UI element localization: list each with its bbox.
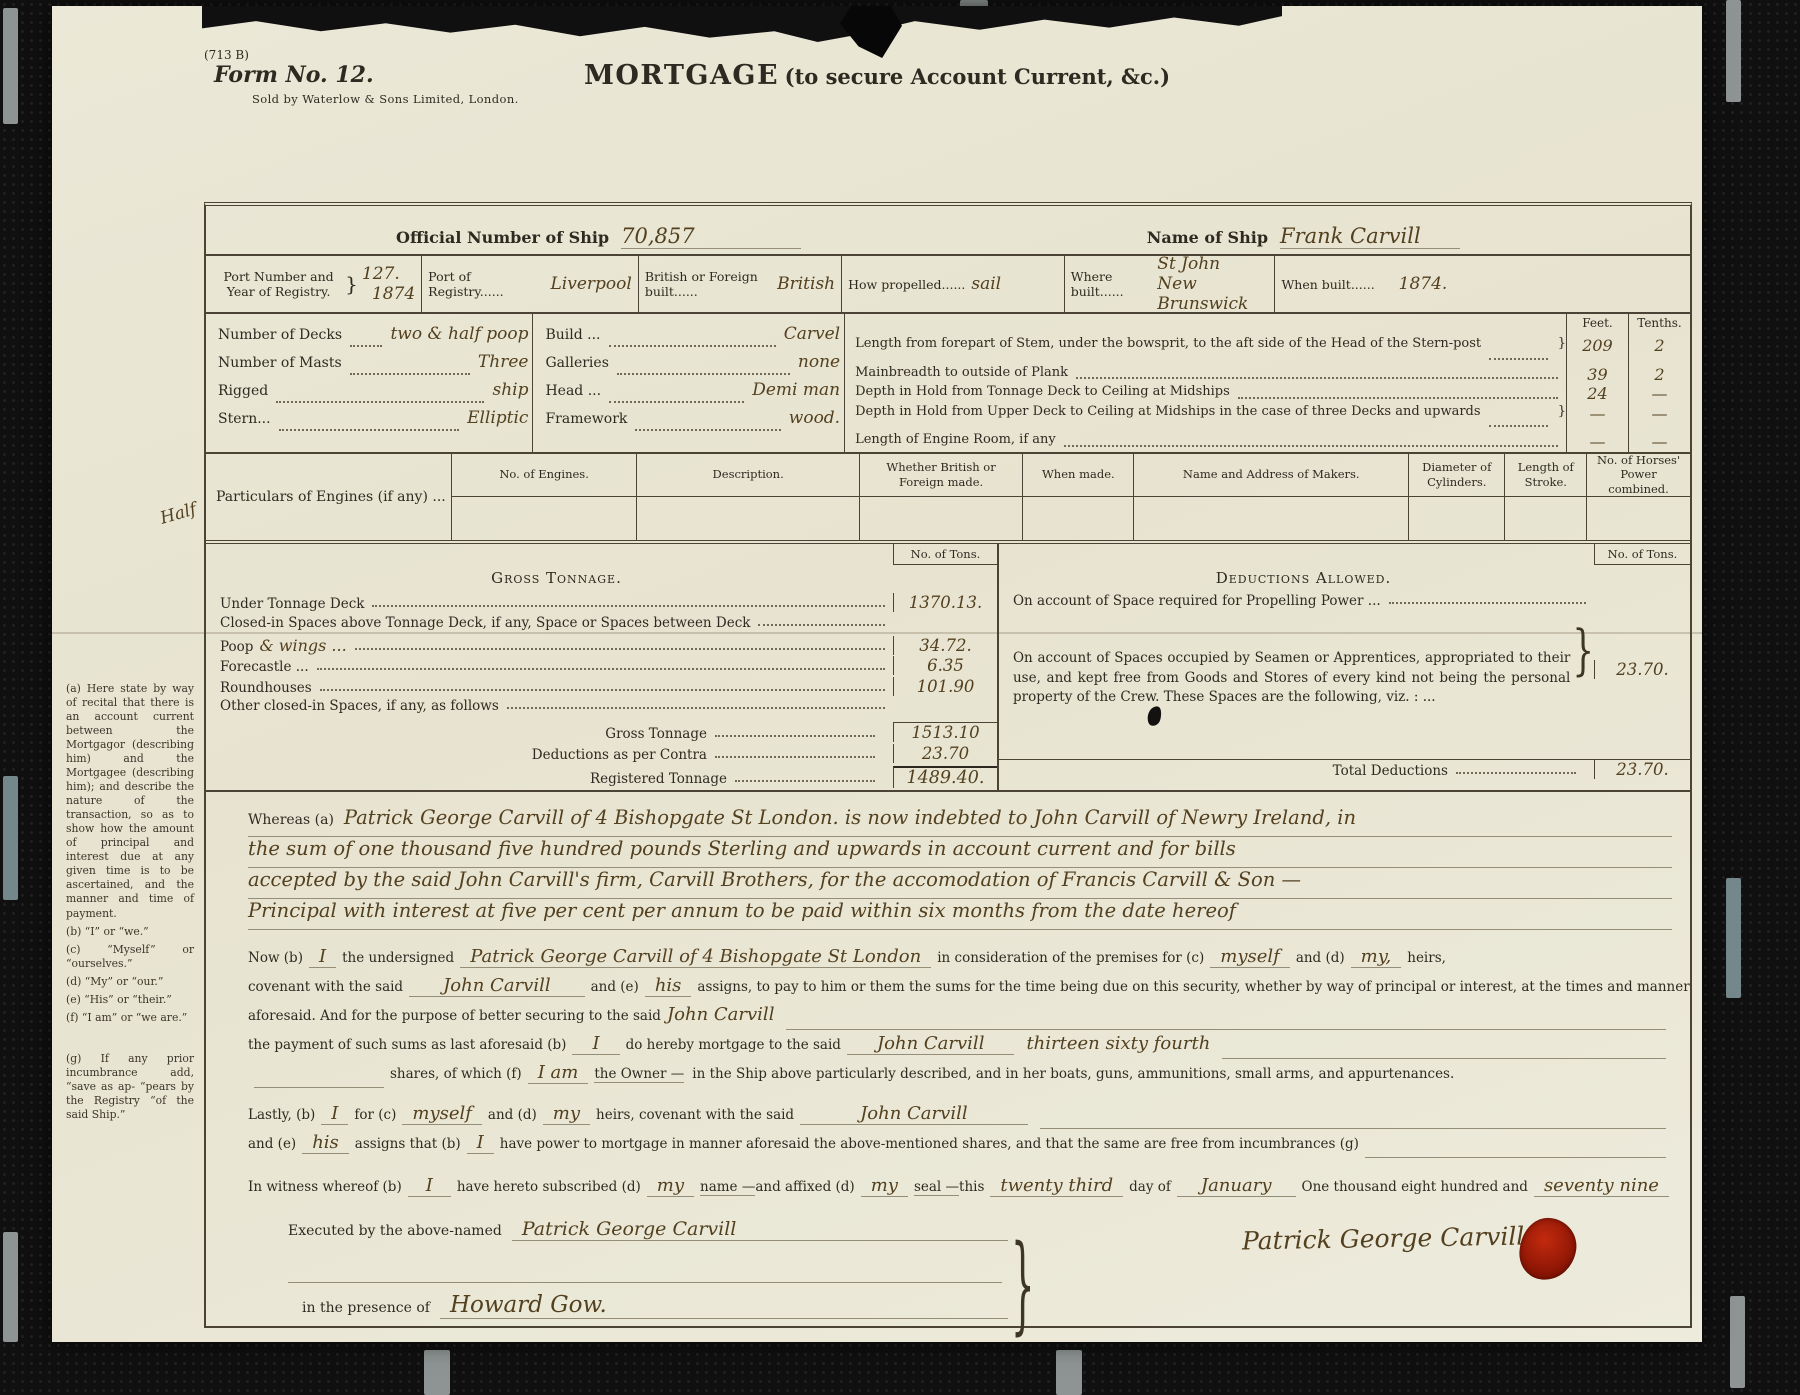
framework-value: wood. (789, 408, 840, 428)
and-e-label: and (e) (591, 979, 639, 995)
build-label: Build ... (545, 327, 600, 343)
dimension-row: Mainbreadth to outside of Plank 39 2 (845, 365, 1690, 385)
in-witness-label: In witness whereof (b) (248, 1179, 402, 1195)
hull-particulars-mid: Build ...Carvel Galleriesnone Head ...De… (532, 314, 844, 451)
my-value: my (647, 1175, 694, 1197)
shares-of-which-label: shares, of which (f) (390, 1066, 522, 1082)
this-label: this (959, 1179, 984, 1195)
note-b-text: (b) “I” or “we.” (66, 925, 194, 939)
decks-label: Number of Decks (218, 327, 342, 343)
propelled-cell: How propelled...... sail (841, 256, 1064, 312)
lastly-label: Lastly, (b) (248, 1107, 315, 1123)
engines-col-header: Length of Stroke. (1505, 454, 1586, 497)
power-to-mortgage-text: have power to mortgage in manner aforesa… (500, 1136, 1359, 1152)
engines-col: No. of Horses' Power combined. (1586, 454, 1690, 541)
engines-col-header: No. of Engines. (452, 454, 637, 497)
built-label: British or Foreign built...... (645, 269, 771, 299)
dim-feet-value: 209 (1566, 336, 1628, 364)
scanner-mark (1730, 1296, 1745, 1388)
dim-feet-value: 39 (1566, 365, 1628, 385)
mortgagee-name: John Carvill (800, 1103, 1028, 1125)
rigged-value: ship (492, 380, 528, 400)
tenths-header: Tenths. (1628, 314, 1690, 336)
scanned-mortgage-document: { "page": { "form_code": "(713 B)", "for… (0, 0, 1800, 1395)
witness-signature: Howard Gow. (440, 1292, 1008, 1319)
engines-col: When made. (1022, 454, 1133, 541)
galleries-label: Galleries (545, 355, 608, 371)
deductions-title-row: Deductions Allowed. (999, 565, 1690, 593)
engines-col-header: Name and Address of Makers. (1134, 454, 1408, 497)
total-deductions-value: 23.70. (1594, 760, 1690, 779)
gross-total-row: Gross Tonnage 1513.10 (206, 722, 997, 744)
month-value: January (1177, 1175, 1296, 1197)
dim-label: Depth in Hold from Upper Deck to Ceiling… (855, 404, 1480, 420)
engines-col-header: Whether British or Foreign made. (860, 454, 1022, 497)
shares-amount: thirteen sixty fourth (1026, 1033, 1210, 1054)
note-c-text: (c) “Myself” or “ourselves.” (66, 943, 194, 971)
hull-particulars-left: Number of Deckstwo & half poop Number of… (206, 314, 532, 451)
mortgagor-name: Patrick George Carvill of 4 Bishopgate S… (460, 946, 931, 968)
dim-tenths-value: — (1628, 432, 1690, 452)
masts-value: Three (478, 352, 529, 372)
seal-dash-label: seal — (914, 1179, 959, 1196)
document-title: MORTGAGE (to secure Account Current, &c.… (52, 60, 1702, 91)
when-built-value: 1874. (1399, 274, 1448, 294)
day-of-label: day of (1129, 1179, 1171, 1195)
mortgage-to-label: do hereby mortgage to the said (626, 1037, 841, 1053)
engines-col-header: Diameter of Cylinders. (1409, 454, 1504, 497)
mortgagor-i: I (321, 1103, 348, 1125)
tonnage-row-value: 34.72. (893, 636, 997, 655)
lastly-paragraph: Lastly, (b) I for (c) myself and (d) my … (248, 1103, 1672, 1161)
seamen-spaces-row: On account of Spaces occupied by Seamen … (999, 631, 1690, 708)
build-value: Carvel (784, 324, 840, 344)
now-label: Now (b) (248, 950, 303, 966)
my-value: my (861, 1175, 908, 1197)
mortgagor-i: I (408, 1175, 451, 1197)
deductions-contra-label: Deductions as per Contra (532, 747, 707, 763)
and-d-label: and (d) (488, 1107, 537, 1123)
note-a-text: (a) Here state by way of recital that th… (66, 682, 194, 921)
gross-total-label: Gross Tonnage (605, 726, 707, 742)
brace-glyph: } (345, 272, 358, 296)
heirs-label: heirs, (1407, 950, 1446, 966)
myself-value: myself (1210, 946, 1290, 968)
dimensions-header-row: Feet. Tenths. (845, 314, 1690, 336)
stern-label: Stern... (218, 411, 271, 427)
masts-label: Number of Masts (218, 355, 342, 371)
note-f-text: (f) “I am” or “we are.” (66, 1011, 194, 1025)
whereas-line2: the sum of one thousand five hundred pou… (248, 837, 1236, 860)
engines-section: Particulars of Engines (if any) ... No. … (206, 452, 1690, 541)
tonnage-row: Forecastle ... 6.35 (206, 656, 997, 677)
mortgagee-name: John Carvill (847, 1033, 1015, 1055)
where-built-label: Where built...... (1071, 269, 1152, 299)
registered-tonnage-row: Registered Tonnage 1489.40. (206, 766, 997, 790)
port-of-registry-cell: Port of Registry...... Liverpool (421, 256, 638, 312)
mortgagor-i: I (467, 1132, 494, 1154)
whereas-line1: Patrick George Carvill of 4 Bishopgate S… (344, 806, 1356, 829)
scanner-mark (1056, 1350, 1082, 1395)
total-deductions-row: Total Deductions 23.70. (999, 759, 1690, 790)
note-g-text: (g) If any prior incumbrance add, “save … (66, 1052, 194, 1122)
tonnage-row-label: Forecastle ... (220, 659, 309, 675)
where-built-cell: Where built...... St John New Brunswick (1064, 256, 1275, 312)
registry-year-value: 1874 (372, 284, 415, 304)
tonnage-row-label: Other closed-in Spaces, if any, as follo… (220, 698, 499, 714)
seamen-spaces-label: On account of Spaces occupied by Seamen … (1013, 650, 1570, 705)
day-value: twenty third (990, 1175, 1123, 1197)
margin-note-g: (g) If any prior incumbrance add, “save … (66, 1052, 194, 1126)
dim-tenths-value: — (1628, 384, 1690, 404)
decks-value: two & half poop (390, 324, 528, 344)
dim-label: Length from forepart of Stem, under the … (855, 336, 1481, 352)
registered-tonnage-label: Registered Tonnage (590, 771, 727, 787)
dim-tenths-value: — (1628, 404, 1690, 432)
built-cell: British or Foreign built...... British (638, 256, 841, 312)
engines-col: Diameter of Cylinders. (1408, 454, 1504, 541)
executed-by-label: Executed by the above-named (288, 1223, 502, 1239)
tonnage-row-value: 6.35 (893, 656, 997, 675)
engines-col: No. of Engines. (451, 454, 637, 541)
whereas-paragraph: Whereas (a)Patrick George Carvill of 4 B… (248, 806, 1672, 930)
dimension-row: Length from forepart of Stem, under the … (845, 336, 1690, 364)
deductions-contra-row: Deductions as per Contra 23.70 (206, 744, 997, 765)
presence-of-label: in the presence of (302, 1300, 430, 1316)
scanner-mark (3, 8, 18, 124)
tonnage-row-poop: Poop& wings ... 34.72. (206, 636, 997, 657)
gross-tonnage-title-row: Gross Tonnage. (206, 565, 997, 593)
and-e-label: and (e) (248, 1136, 296, 1152)
dim-label: Mainbreadth to outside of Plank (855, 365, 1068, 381)
mortgagee-name: John Carvill (667, 1004, 775, 1025)
tonnage-row-value: 101.90 (893, 677, 997, 696)
particulars-section: Number of Deckstwo & half poop Number of… (206, 312, 1690, 451)
registry-row: Port Number and Year of Registry. } 127.… (206, 254, 1690, 312)
payment-text: the payment of such sums as last aforesa… (248, 1037, 566, 1053)
torn-edge (202, 6, 1282, 42)
tonnage-section: No. of Tons. Gross Tonnage. Under Tonnag… (206, 540, 1690, 790)
ship-identity-row: Official Number of Ship 70,857 Name of S… (206, 206, 1690, 254)
undersigned-label: the undersigned (342, 950, 454, 966)
tons-header-row: No. of Tons. (999, 544, 1690, 565)
tonnage-row: Under Tonnage Deck 1370.13. (206, 593, 997, 615)
tonnage-row: Other closed-in Spaces, if any, as follo… (206, 698, 997, 719)
engines-col-header: No. of Horses' Power combined. (1587, 454, 1690, 497)
mortgagor-i: I (572, 1033, 619, 1055)
mortgagor-signature: Patrick George Carvill (1242, 1222, 1525, 1256)
port-of-registry-value: Liverpool (551, 274, 632, 294)
tonnage-row-label: Under Tonnage Deck (220, 596, 364, 612)
port-of-registry-label: Port of Registry...... (428, 269, 544, 299)
scanner-mark (424, 1350, 450, 1395)
official-number-label: Official Number of Ship (396, 228, 609, 247)
witness-line: In witness whereof (b) I have hereto sub… (248, 1175, 1672, 1204)
tonnage-row-label: Closed-in Spaces above Tonnage Deck, if … (220, 615, 750, 631)
myself-value: myself (402, 1103, 482, 1125)
tonnage-row: Roundhouses 101.90 (206, 677, 997, 698)
whereas-label: Whereas (a) (248, 812, 334, 828)
scanner-mark (3, 776, 18, 900)
covenant-with-label: covenant with the said (248, 979, 403, 995)
brace-glyph: } (1011, 1224, 1035, 1348)
title-subtitle: (to secure Account Current, &c.) (785, 64, 1170, 89)
assigns-that-label: assigns that (b) (355, 1136, 461, 1152)
head-value: Demi man (752, 380, 840, 400)
scanner-mark (1726, 0, 1741, 102)
head-label: Head ... (545, 383, 601, 399)
for-c-label: for (c) (354, 1107, 396, 1123)
title-main: MORTGAGE (584, 60, 779, 91)
dim-tenths-value: 2 (1628, 336, 1690, 364)
tons-column-header: No. of Tons. (1594, 544, 1690, 565)
galleries-value: none (798, 352, 840, 372)
engines-col: Description. (636, 454, 859, 541)
gross-total-value: 1513.10 (893, 722, 997, 742)
deductions-contra-value: 23.70 (893, 744, 997, 763)
note-e-text: (e) “His” or “their.” (66, 993, 194, 1007)
dim-label: Depth in Hold from Tonnage Deck to Ceili… (855, 384, 1230, 400)
executed-by-value: Patrick George Carvill (512, 1218, 1008, 1241)
stern-value: Elliptic (467, 408, 528, 428)
dim-feet-value: 24 (1566, 384, 1628, 404)
seamen-spaces-value: 23.70. (1594, 660, 1690, 679)
scanner-mark (3, 1232, 18, 1342)
engines-col: Length of Stroke. (1504, 454, 1586, 541)
half-annotation: Half (158, 499, 199, 528)
mortgagor-i: I (309, 946, 336, 968)
form-box: Official Number of Ship 70,857 Name of S… (204, 202, 1692, 1328)
now-covenant-paragraph: Now (b) I the undersigned Patrick George… (248, 946, 1672, 1091)
engines-col: Name and Address of Makers. (1133, 454, 1408, 541)
propelled-label: How propelled...... (848, 277, 965, 292)
when-built-label: When built...... (1281, 277, 1374, 292)
torn-notch (840, 6, 902, 58)
my-value: my, (1351, 946, 1402, 968)
dim-feet-value: — (1566, 404, 1628, 432)
my-value: my (543, 1103, 590, 1125)
brace-glyph: } (1572, 619, 1594, 683)
engines-col-header: Description. (637, 454, 859, 497)
port-number-cell: Port Number and Year of Registry. } 127.… (206, 256, 421, 312)
year-prefix-label: One thousand eight hundred and (1302, 1179, 1528, 1195)
propelling-power-label: On account of Space required for Propell… (1013, 593, 1381, 609)
ship-name-label: Name of Ship (1147, 228, 1268, 247)
assigns-text: assigns, to pay to him or them the sums … (697, 979, 1689, 995)
name-dash-label: name — (700, 1179, 755, 1196)
rigged-label: Rigged (218, 383, 268, 399)
dim-feet-value: — (1566, 432, 1628, 452)
dim-tenths-value: 2 (1628, 365, 1690, 385)
ship-name-value: Frank Carvill (1280, 224, 1460, 249)
tonnage-row: Closed-in Spaces above Tonnage Deck, if … (206, 615, 997, 636)
deductions-panel: No. of Tons. Deductions Allowed. On acco… (997, 544, 1690, 790)
framework-label: Framework (545, 411, 627, 427)
execution-block: } Executed by the above-named Patrick Ge… (288, 1218, 1008, 1326)
note-d-text: (d) “My” or “our.” (66, 975, 194, 989)
paper-sheet: (713 B) Form No. 12. Sold by Waterlow & … (52, 6, 1702, 1342)
tons-header-row: No. of Tons. (206, 544, 997, 565)
port-number-value: 127. (362, 264, 415, 284)
dim-label: Length of Engine Room, if any (855, 432, 1056, 448)
tonnage-row-value: 1370.13. (893, 593, 997, 612)
propelled-value: sail (971, 274, 1001, 294)
engines-col-header: When made. (1023, 454, 1133, 497)
engines-col: Whether British or Foreign made. (859, 454, 1022, 541)
when-built-cell: When built...... 1874. (1274, 256, 1690, 312)
whereas-line4: Principal with interest at five per cent… (248, 899, 1236, 922)
consideration-label: in consideration of the premises for (c) (937, 950, 1204, 966)
affixed-label: and affixed (d) (755, 1179, 854, 1195)
tonnage-row-label: Roundhouses (220, 680, 312, 696)
year-value: seventy nine (1534, 1175, 1669, 1197)
total-deductions-label: Total Deductions (1333, 763, 1448, 779)
brace-glyph: } (1558, 336, 1566, 352)
ship-described-text: in the Ship above particularly described… (692, 1066, 1454, 1082)
margin-note-a: (a) Here state by way of recital that th… (66, 682, 194, 1029)
dimension-row: Length of Engine Room, if any — — (845, 432, 1690, 452)
i-am-value: I am (528, 1062, 589, 1084)
mortgagee-name: John Carvill (409, 975, 585, 997)
engines-row-label: Particulars of Engines (if any) ... (206, 454, 451, 541)
gross-tonnage-panel: No. of Tons. Gross Tonnage. Under Tonnag… (206, 544, 997, 790)
dimension-row: Depth in Hold from Tonnage Deck to Ceili… (845, 384, 1690, 404)
feet-header: Feet. (1566, 314, 1628, 336)
his-value: his (645, 975, 692, 997)
heirs-covenant-label: heirs, covenant with the said (596, 1107, 794, 1123)
gross-tonnage-title: Gross Tonnage. (491, 565, 622, 593)
registered-tonnage-value: 1489.40. (893, 766, 997, 788)
scanner-mark (1726, 878, 1741, 998)
aforesaid-text: aforesaid. And for the purpose of better… (248, 1008, 661, 1024)
subscribed-label: have hereto subscribed (d) (457, 1179, 641, 1195)
port-number-label: Port Number and Year of Registry. (212, 269, 345, 299)
dimensions-table: Feet. Tenths. Length from forepart of St… (844, 314, 1690, 451)
where-built-value: St John (1157, 254, 1268, 274)
tonnage-row-label: Poop (220, 639, 253, 655)
printer-imprint: Sold by Waterlow & Sons Limited, London. (252, 92, 519, 106)
and-d-label: and (d) (1296, 950, 1345, 966)
official-number-value: 70,857 (621, 224, 801, 249)
brace-glyph: } (1558, 404, 1566, 420)
poop-annotation: & wings ... (259, 636, 346, 655)
whereas-line3: accepted by the said John Carvill's firm… (248, 868, 1301, 891)
deductions-title: Deductions Allowed. (1216, 565, 1392, 593)
where-built-value-2: New Brunswick (1157, 274, 1268, 314)
dimension-row: Depth in Hold from Upper Deck to Ceiling… (845, 404, 1690, 432)
his-value: his (302, 1132, 349, 1154)
tons-column-header: No. of Tons. (893, 544, 997, 565)
built-value: British (777, 274, 835, 294)
owner-label: the Owner — (594, 1066, 684, 1083)
